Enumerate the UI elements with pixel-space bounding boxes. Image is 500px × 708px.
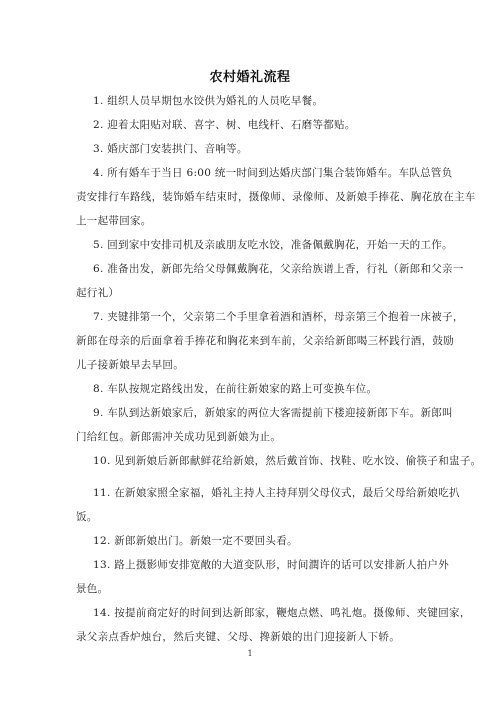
text-line: 责安排行车路线，装饰婚车结束时，摄像师、录像师、及新娘手捧花、胸花放在主车: [76, 189, 476, 204]
text-line: 录父亲点香炉烛台，然后夹键、父母、搀新娘的出门迎接新人下轿。: [76, 629, 400, 644]
document-title: 农村婚礼流程: [0, 66, 500, 85]
text-line: 新郎在母亲的后面拿着手捧花和胸花来到车前，父亲给新郎喝三杯践行酒，鼓励: [76, 333, 454, 348]
text-line: 11. 在新娘家照全家福，婚礼主持人主持拜别父母仪式，最后父母给新娘吃扒: [93, 485, 460, 500]
text-line: 9. 车队到达新娘家后，新娘家的两位大客需提前下楼迎接新郎下车。新郎叫: [93, 405, 453, 420]
text-line: 6. 准备出发，新郎先给父母佩戴胸花，父亲给族谱上香，行礼（新郎和父亲一: [93, 261, 464, 276]
text-line: 景色。: [76, 581, 108, 596]
text-line: 5. 回到家中安排司机及亲戚朋友吃水饺，准备佩戴胸花，开始一天的工作。: [93, 237, 453, 252]
page-number: 1: [0, 649, 500, 658]
text-line: 饭。: [76, 509, 98, 524]
text-line: 3. 婚庆部门安装拱门、音响等。: [93, 141, 248, 156]
document-page: 农村婚礼流程 1. 组织人员早期包水饺供为婚礼的人员吃早餐。2. 迎着太阳贴对联…: [0, 0, 500, 708]
text-line: 儿子接新娘早去早回。: [76, 357, 184, 372]
text-line: 4. 所有婚车于当日 6:00 统一时间到达婚庆部门集合装饰婚车。车队总管负: [93, 165, 453, 180]
text-line: 上一起带回家。: [76, 213, 152, 228]
text-line: 14. 按提前商定好的时间到达新郎家，鞭炮点燃、鸣礼炮。摄像师、夹键回家，: [93, 605, 471, 620]
text-line: 13. 路上摄影师安排宽敞的大道变队形，时间潤许的话可以安排新人拍户外: [93, 557, 449, 572]
text-line: 10. 见到新娘后新郎献鲜花给新娘，然后戴首饰、找鞋、吃水饺、偷筷子和盅子。: [93, 453, 481, 468]
text-line: 起行礼）: [76, 285, 119, 300]
text-line: 门给红包。新郎需冲关成功见到新娘为止。: [76, 429, 281, 444]
text-line: 8. 车队按规定路线出发，在前往新娘家的路上可变换车位。: [93, 381, 377, 396]
text-line: 7. 夹键排第一个，父亲第二个手里拿着酒和酒杯，母亲第三个抱着一床被子，: [93, 309, 464, 324]
text-line: 1. 组织人员早期包水饺供为婚礼的人员吃早餐。: [93, 93, 323, 108]
text-line: 12. 新郎新娘出门。新娘一定不要回头看。: [93, 533, 298, 548]
text-line: 2. 迎着太阳贴对联、喜字、树、电线杆、石磨等都贴。: [93, 117, 356, 132]
